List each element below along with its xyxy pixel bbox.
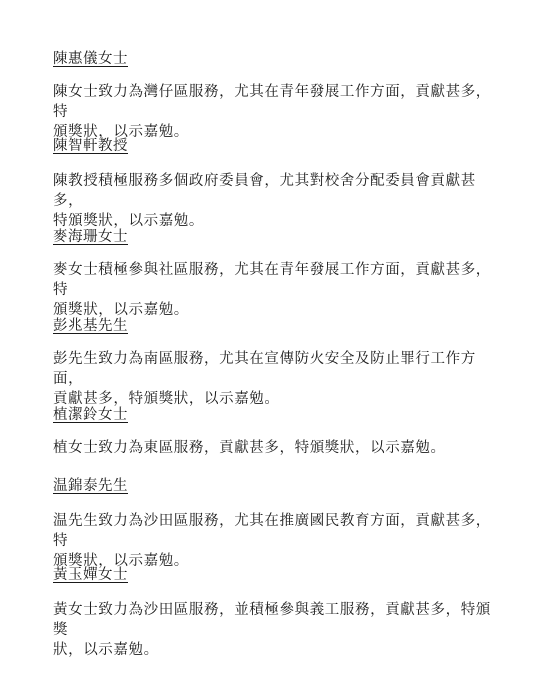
citation-text: 温先生致力為沙田區服務，尤其在推廣國民教育方面，貢獻甚多，特 頒獎狀，以示嘉勉。 bbox=[53, 511, 498, 571]
citation-text: 陳教授積極服務多個政府委員會，尤其對校舍分配委員會貢獻甚多， 特頒獎狀，以示嘉勉… bbox=[53, 171, 498, 231]
citation-line: 特頒獎狀，以示嘉勉。 bbox=[53, 213, 204, 229]
award-entry: 彭兆基先生 彭先生致力為南區服務，尤其在宣傳防火安全及防止罪行工作方面， 貢獻甚… bbox=[53, 317, 498, 335]
citation-text: 黃女士致力為沙田區服務，並積極參與義工服務，貢獻甚多，特頒獎 狀，以示嘉勉。 bbox=[53, 600, 498, 660]
award-entry: 黃玉嬋女士 黃女士致力為沙田區服務，並積極參與義工服務，貢獻甚多，特頒獎 狀，以… bbox=[53, 566, 498, 584]
citation-line: 貢獻甚多，特頒獎狀，以示嘉勉。 bbox=[53, 391, 280, 407]
recipient-name: 温錦泰先生 bbox=[53, 477, 498, 495]
citation-line: 彭先生致力為南區服務，尤其在宣傳防火安全及防止罪行工作方面， bbox=[53, 351, 476, 387]
citation-text: 彭先生致力為南區服務，尤其在宣傳防火安全及防止罪行工作方面， 貢獻甚多，特頒獎狀… bbox=[53, 349, 498, 409]
citation-line: 陳女士致力為灣仔區服務，尤其在青年發展工作方面，貢獻甚多，特 bbox=[53, 84, 491, 120]
citation-line: 麥女士積極參與社區服務，尤其在青年發展工作方面，貢獻甚多，特 bbox=[53, 262, 491, 298]
citation-text: 麥女士積極參與社區服務，尤其在青年發展工作方面，貢獻甚多，特 頒獎狀，以示嘉勉。 bbox=[53, 260, 498, 320]
recipient-name: 陳惠儀女士 bbox=[53, 50, 498, 68]
award-entry: 陳智軒教授 陳教授積極服務多個政府委員會，尤其對校舍分配委員會貢獻甚多， 特頒獎… bbox=[53, 137, 498, 155]
citation-line: 植女士致力為東區服務，貢獻甚多，特頒獎狀，以示嘉勉。 bbox=[53, 440, 446, 456]
award-entry: 植潔鈴女士 植女士致力為東區服務，貢獻甚多，特頒獎狀，以示嘉勉。 bbox=[53, 406, 498, 424]
award-entry: 麥海珊女士 麥女士積極參與社區服務，尤其在青年發展工作方面，貢獻甚多，特 頒獎狀… bbox=[53, 228, 498, 246]
recipient-name: 黃玉嬋女士 bbox=[53, 566, 498, 584]
citation-line: 狀，以示嘉勉。 bbox=[53, 642, 159, 658]
citation-line: 温先生致力為沙田區服務，尤其在推廣國民教育方面，貢獻甚多，特 bbox=[53, 513, 491, 549]
recipient-name: 麥海珊女士 bbox=[53, 228, 498, 246]
recipient-name: 植潔鈴女士 bbox=[53, 406, 498, 424]
citation-line: 黃女士致力為沙田區服務，並積極參與義工服務，貢獻甚多，特頒獎 bbox=[53, 602, 491, 638]
document-page: 陳惠儀女士 陳女士致力為灣仔區服務，尤其在青年發展工作方面，貢獻甚多，特 頒獎狀… bbox=[0, 0, 545, 680]
citation-text: 植女士致力為東區服務，貢獻甚多，特頒獎狀，以示嘉勉。 bbox=[53, 438, 498, 458]
recipient-name: 陳智軒教授 bbox=[53, 137, 498, 155]
citation-text: 陳女士致力為灣仔區服務，尤其在青年發展工作方面，貢獻甚多，特 頒獎狀，以示嘉勉。 bbox=[53, 82, 498, 142]
citation-line: 陳教授積極服務多個政府委員會，尤其對校舍分配委員會貢獻甚多， bbox=[53, 173, 476, 209]
award-entry: 陳惠儀女士 陳女士致力為灣仔區服務，尤其在青年發展工作方面，貢獻甚多，特 頒獎狀… bbox=[53, 50, 498, 68]
recipient-name: 彭兆基先生 bbox=[53, 317, 498, 335]
citation-line: 頒獎狀，以示嘉勉。 bbox=[53, 302, 189, 318]
award-entry: 温錦泰先生 温先生致力為沙田區服務，尤其在推廣國民教育方面，貢獻甚多，特 頒獎狀… bbox=[53, 477, 498, 495]
